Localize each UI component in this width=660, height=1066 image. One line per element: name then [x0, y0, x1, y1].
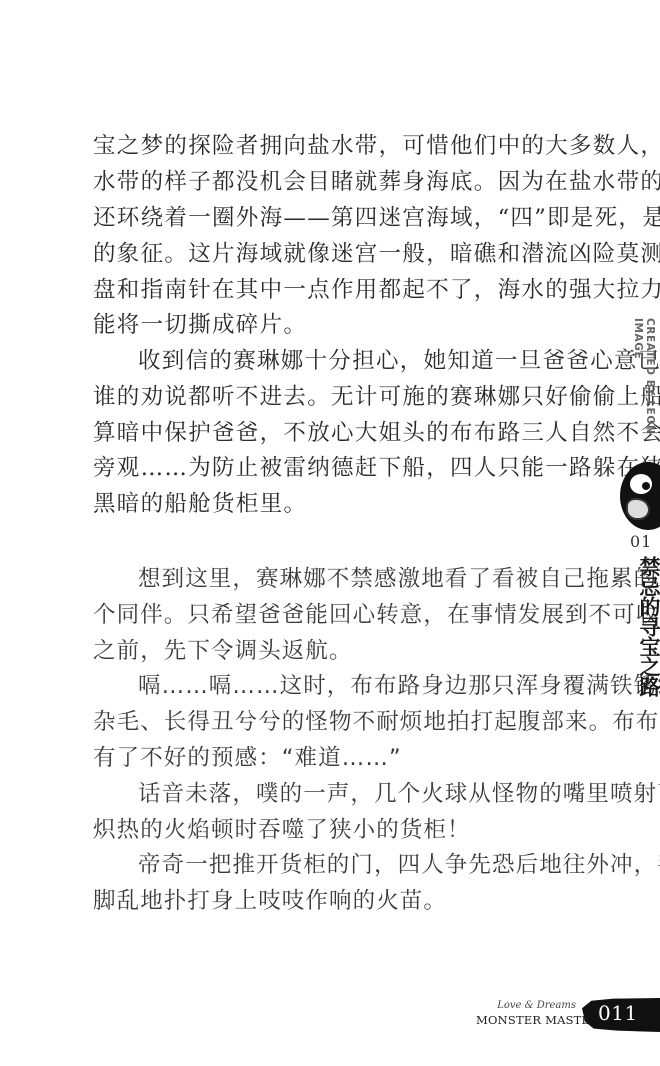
text-line: 水带的样子都没机会目睹就葬身海底。因为在盐水带的外围， — [93, 167, 633, 197]
text-line: 能将一切撕成碎片。 — [93, 310, 633, 340]
text-line: 个同伴。只希望爸爸能回心转意，在事情发展到不可收拾 — [93, 600, 633, 630]
text-line: 炽热的火焰顿时吞噬了狭小的货柜！ — [93, 815, 633, 845]
book-page: 宝之梦的探险者拥向盐水带，可惜他们中的大多数人，连盐 水带的样子都没机会目睹就葬… — [0, 0, 660, 1066]
text-line: 有了不好的预感：“难道……” — [93, 743, 633, 773]
chapter-title: 禁忌的寻宝之路 — [637, 556, 660, 696]
text-line: 嗝……嗝……这时，布布路身边那只浑身覆满铁锈红 — [138, 671, 633, 701]
page-number: 011 — [598, 1001, 638, 1025]
series-title: MONSTER MASTER — [476, 1013, 599, 1027]
text-line: 旁观……为防止被雷纳德赶下船，四人只能一路躲在狭窄、 — [93, 453, 633, 483]
text-line: 脚乱地扑打身上吱吱作响的火苗。 — [93, 886, 633, 916]
text-line: 盘和指南针在其中一点作用都起不了，海水的强大拉力瞬间就 — [93, 275, 633, 305]
text-line: 宝之梦的探险者拥向盐水带，可惜他们中的大多数人，连盐 — [93, 131, 633, 161]
text-line: 黑暗的船舱货柜里。 — [93, 489, 633, 519]
text-line: 收到信的赛琳娜十分担心，她知道一旦爸爸心意已决， — [138, 346, 633, 376]
text-line: 之前，先下令调头返航。 — [93, 636, 633, 666]
text-line: 还环绕着一圈外海——第四迷宫海域，“四”即是死，是禁忌 — [93, 203, 633, 233]
text-line: 话音未落，噗的一声，几个火球从怪物的嘴里喷射而出， — [138, 779, 633, 809]
text-line: 算暗中保护爸爸，不放心大姐头的布布路三人自然不会袖手 — [93, 418, 633, 448]
text-line: 想到这里，赛琳娜不禁感激地看了看被自己拖累的三 — [138, 564, 633, 594]
text-line: 的象征。这片海域就像迷宫一般，暗礁和潜流凶险莫测，罗 — [93, 239, 633, 269]
text-line: 杂毛、长得丑兮兮的怪物不耐烦地拍打起腹部来。布布路 — [93, 707, 633, 737]
series-subtitle: Love & Dreams — [497, 1000, 576, 1011]
credit-text: CREATED BY LEON IMAGE — [636, 318, 656, 468]
text-line: 帝奇一把推开货柜的门，四人争先恐后地往外冲，手忙 — [138, 850, 633, 880]
chapter-number: 01 — [630, 532, 652, 551]
text-line: 谁的劝说都听不进去。无计可施的赛琳娜只好偷偷上船，打 — [93, 382, 633, 412]
